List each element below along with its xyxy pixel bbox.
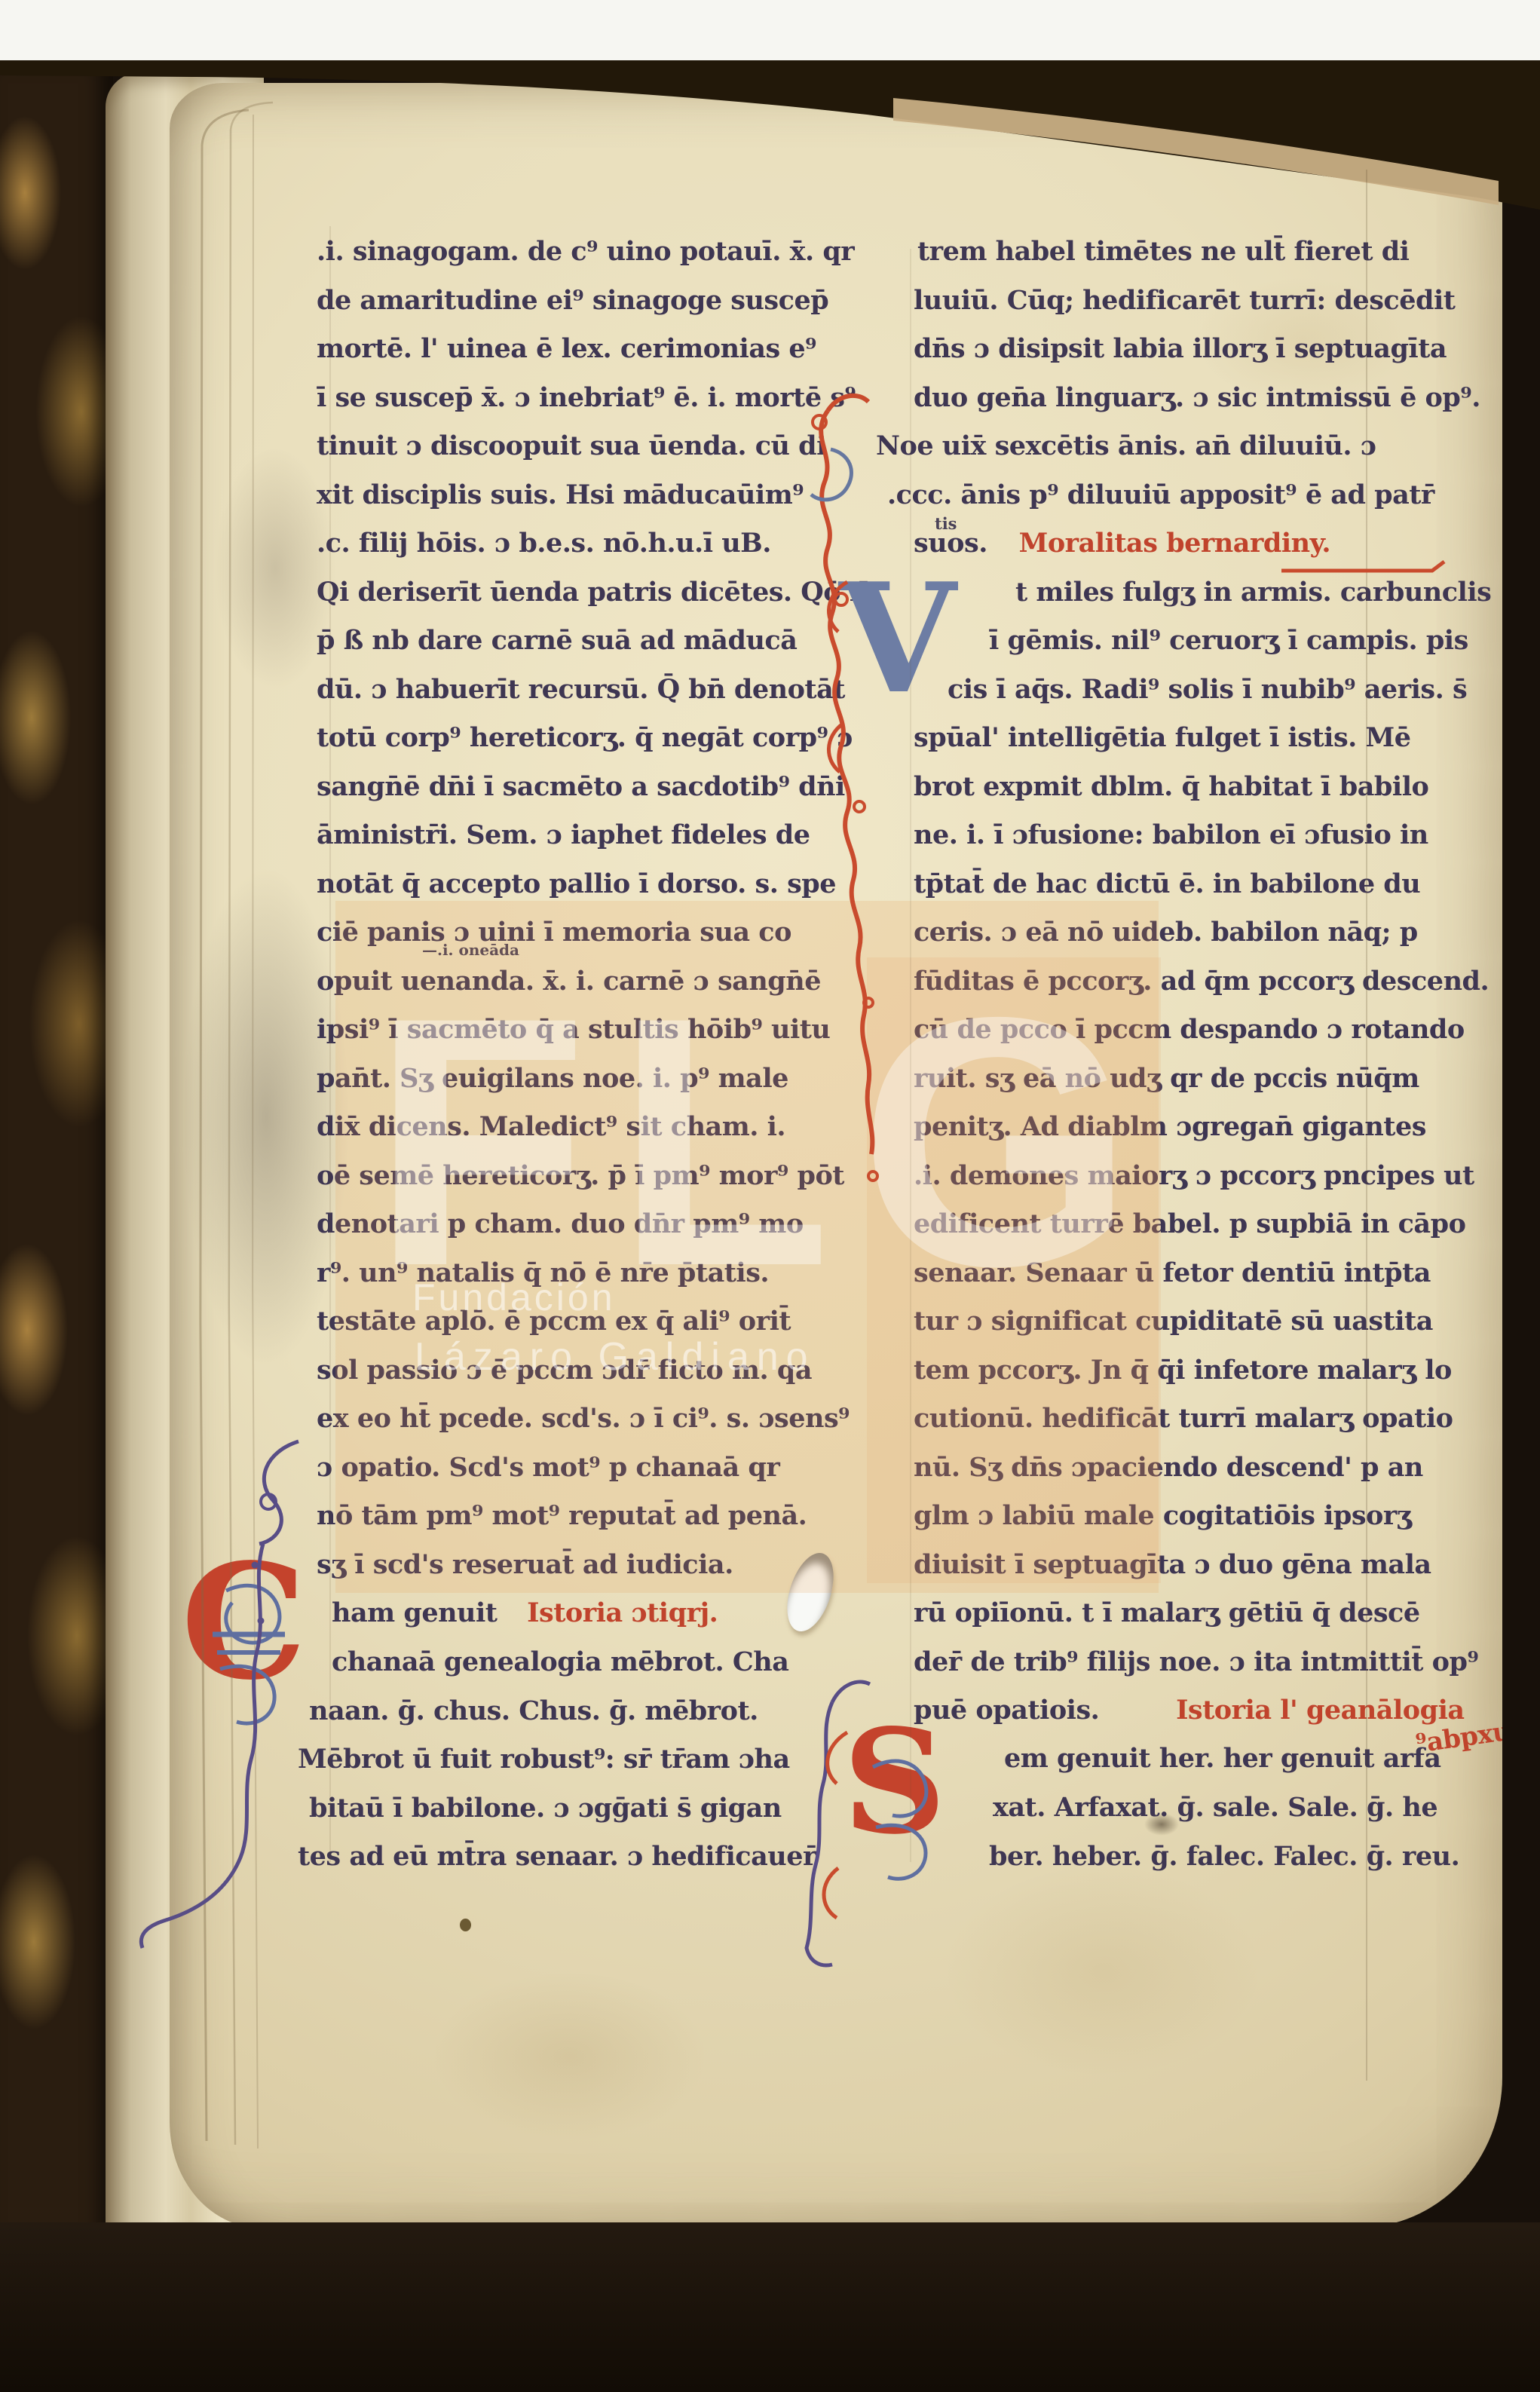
manuscript-text-line: brot expmit dblm. q̄ habitat ī babilo	[914, 771, 1428, 807]
parchment-page: .i. sinagogam. de c⁹ uino potauī. x̄. qr…	[170, 83, 1502, 2228]
manuscript-text-line: tp̄tat̄ de hac dictū ē. in babilone du	[914, 868, 1420, 905]
watermark-monogram: FLG	[372, 965, 1162, 1319]
rubric-istoria-genealogia: Istoria l' geanālogia	[1176, 1695, 1465, 1726]
manuscript-text-line: notāt q̄ accepto pallio ī dorso. s. spe	[317, 868, 836, 905]
manuscript-text-line: āministr̄i. Sem. ɔ iaphet fideles de	[317, 819, 810, 856]
manuscript-text-line: .ccc. ānis p⁹ diluuiū apposit⁹ ē ad patr…	[887, 479, 1434, 516]
manuscript-text-line: Qi deriserīt ūenda patris dicētes. Qō m̄	[317, 577, 877, 613]
manuscript-text-line: xit disciplis suis. Hsi māducaūim⁹	[317, 479, 804, 516]
manuscript-text-line: naan. ḡ. chus. Chus. ḡ. mēbrot.	[309, 1695, 758, 1732]
manuscript-text-line: cis ī aq̄s. Radi⁹ solis ī nubib⁹ aeris. …	[948, 674, 1467, 710]
manuscript-text-line: duo gen̄a linguarʒ. ɔ sic intmissū ē op⁹…	[914, 382, 1480, 418]
manuscript-text-line: tinuit ɔ discoopuit sua ūenda. cū di	[317, 430, 826, 467]
marbled-endpaper	[0, 62, 113, 2248]
manuscript-text-line: p̄ ß nb dare carnē suā ad māducā	[317, 625, 797, 661]
watermark-text-line2: Lázaro Galdiano	[415, 1334, 816, 1380]
manuscript-text-line: .c. filij hōis. ɔ b.e.s. nō.h.u.ī uB.	[317, 528, 771, 564]
manuscript-text-line: Noe uix̄ sexcētis ānis. an̄ diluuiū. ɔ	[876, 430, 1376, 467]
cham-genuit-line: ham genuit Istoria ɔtiqrj.	[332, 1597, 718, 1628]
decorated-initial-V: V	[839, 579, 956, 700]
manuscript-text-line: .i. sinagogam. de c⁹ uino potauī. x̄. qr	[317, 236, 854, 272]
rubric-moralitas: Moralitas bernardiny.	[1019, 528, 1331, 559]
manuscript-text-line: t miles fulgʒ in armis. carbunclis	[1015, 577, 1491, 613]
manuscript-text-line: ī gēmis. nil⁹ ceruorʒ ī campis. pis	[989, 625, 1468, 661]
decorated-initial-C: C	[181, 1559, 307, 1686]
manuscript-text-line: dū. ɔ habuerīt recursū. Q̄ bn̄ denotāt	[317, 674, 845, 710]
watermark-text-line1: Fundación	[412, 1276, 616, 1319]
moralitas-line: suos. Moralitas bernardiny.	[914, 528, 1330, 559]
manuscript-text-line: de amaritudine ei⁹ sinagoge suscep̄	[317, 285, 828, 321]
manuscript-text-line: mortē. l' uinea ē lex. cerimonias e⁹	[317, 333, 816, 369]
line-text: em genuit her. her genuit arfa	[1004, 1743, 1441, 1774]
manuscript-text-line: der̄ de trib⁹ filijs noe. ɔ ita intmitti…	[914, 1646, 1478, 1683]
ink-dot	[460, 1919, 471, 1931]
decorated-initial-S: S	[843, 1725, 946, 1839]
manuscript-text-line: totū corp⁹ hereticorʒ. q̄ negāt corp⁹ ɔ	[317, 722, 853, 758]
manuscript-text-line: sangn̄ē dn̄i ī sacmēto a sacdotib⁹ dn̄i	[317, 771, 845, 807]
manuscript-text-line: xat. Arfaxat. ḡ. sale. Sale. ḡ. he	[993, 1792, 1437, 1828]
book-bottom-edge	[0, 2222, 1540, 2392]
manuscript-text-line: chanaā genealogia mēbrot. Cha	[332, 1646, 788, 1683]
manuscript-text-line: trem habel timētes ne ult̄ fieret di	[917, 236, 1409, 272]
manuscript-text-line: ne. i. ī ɔfusione: babilon eī ɔfusio in	[914, 819, 1428, 856]
istoria-genealogia-line: puē opatiois. Istoria l' geanālogia	[914, 1695, 1465, 1726]
manuscript-text-line: spūal' intelligētia fulget ī istis. Mē	[914, 722, 1411, 758]
rubric-istoria: Istoria ɔtiqrj.	[527, 1597, 718, 1628]
manuscript-text-line: bitaū ī babilone. ɔ ɔgḡati s̄ gigan	[309, 1793, 782, 1829]
manuscript-text-line: rū opiīonū. t ī malarʒ gētiū q̄ descē	[914, 1597, 1420, 1634]
line-text: ham genuit	[332, 1597, 497, 1628]
manuscript-text-line: Mēbrot ū fuit robust⁹: sr̄ tr̄am ɔha	[298, 1744, 790, 1780]
manuscript-text-line: ber. heber. ḡ. falec. Falec. ḡ. reu.	[989, 1841, 1459, 1877]
sem-genuit-line: em genuit her. her genuit arfa	[1004, 1743, 1441, 1774]
scan-background-strip	[0, 0, 1540, 63]
manuscript-text-line: dn̄s ɔ disipsit labia illorʒ ī septuagīt…	[914, 333, 1447, 369]
manuscript-text-line: luuiū. Cūq; hedificarēt turrī: descēdit	[914, 285, 1455, 321]
manuscript-text-line: ī se suscep̄ x̄. ɔ inebriat⁹ ē. i. mortē…	[317, 382, 856, 418]
manuscript-text-line: tes ad eū mt̄ra senaar. ɔ hedificauer̄	[298, 1841, 816, 1877]
